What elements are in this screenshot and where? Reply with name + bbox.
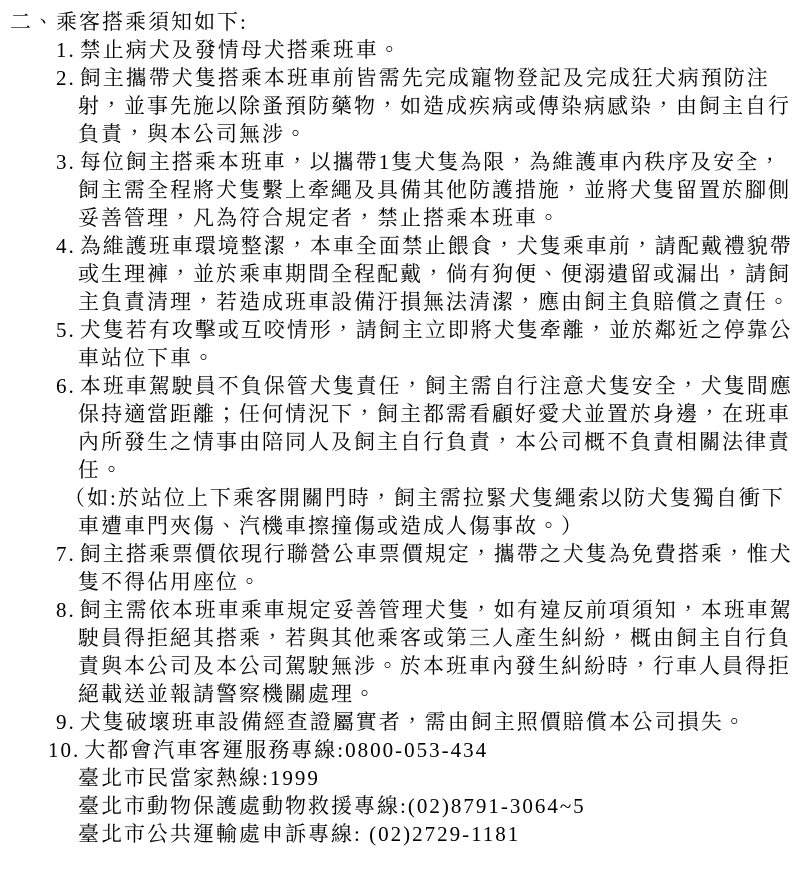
- rule-item: 8.飼主需依本班車乘車規定妥善管理犬隻，如有違反前項須知，本班車駕駛員得拒絕其搭…: [10, 596, 799, 708]
- rule-number: 5.: [56, 318, 80, 342]
- rule-number: 9.: [56, 710, 80, 734]
- hotline-line: 臺北市民當家熱線:1999: [10, 764, 799, 792]
- rule-number: 1.: [56, 38, 80, 62]
- notice-document: 二、乘客搭乘須知如下: 1.禁止病犬及發情母犬搭乘班車。2.飼主攜帶犬隻搭乘本班…: [0, 0, 811, 848]
- rule-number: 3.: [56, 150, 80, 174]
- rule-text: 飼主搭乘票價依現行聯營公車票價規定，攜帶之犬隻為免費搭乘，惟犬隻不得佔用座位。: [78, 542, 793, 594]
- rule-text: 每位飼主搭乘本班車，以攜帶1隻犬隻為限，為維護車內秩序及安全，飼主需全程將犬隻繫…: [78, 150, 791, 230]
- rule-item: 3.每位飼主搭乘本班車，以攜帶1隻犬隻為限，為維護車內秩序及安全，飼主需全程將犬…: [10, 148, 799, 232]
- rule-item: 10.大都會汽車客運服務專線:0800-053-434: [10, 736, 799, 764]
- rule-item: 9.犬隻破壞班車設備經查證屬實者，需由飼主照價賠償本公司損失。: [10, 708, 799, 736]
- document-page: { "page": { "background_color": "#ffffff…: [0, 0, 811, 873]
- rule-item: 1.禁止病犬及發情母犬搭乘班車。: [10, 36, 799, 64]
- rule-item: 6.本班車駕駛員不負保管犬隻責任，飼主需自行注意犬隻安全，犬隻間應保持適當距離；…: [10, 372, 799, 484]
- rule-text: 犬隻破壞班車設備經查證屬實者，需由飼主照價賠償本公司損失。: [80, 710, 747, 734]
- rule-item: 5.犬隻若有攻擊或互咬情形，請飼主立即將犬隻牽離，並於鄰近之停靠公車站位下車。: [10, 316, 799, 372]
- rule-text: 為維護班車環境整潔，本車全面禁止餵食，犬隻乘車前，請配戴禮貌帶或生理褲，並於乘車…: [78, 234, 793, 314]
- rule-number: 2.: [56, 66, 80, 90]
- rule-text: 犬隻若有攻擊或互咬情形，請飼主立即將犬隻牽離，並於鄰近之停靠公車站位下車。: [78, 318, 793, 370]
- rule-text: 飼主需依本班車乘車規定妥善管理犬隻，如有違反前項須知，本班車駕駛員得拒絕其搭乘，…: [78, 598, 793, 706]
- rule-number: 8.: [56, 598, 80, 622]
- rule-item: 4.為維護班車環境整潔，本車全面禁止餵食，犬隻乘車前，請配戴禮貌帶或生理褲，並於…: [10, 232, 799, 316]
- rule-note: （如:於站位上下乘客開關門時，飼主需拉緊犬隻繩索以防犬隻獨自衝下車遭車門夾傷、汽…: [10, 484, 799, 540]
- rule-text: 飼主攜帶犬隻搭乘本班車前皆需先完成寵物登記及完成狂犬病預防注射，並事先施以除蚤預…: [78, 66, 791, 146]
- rule-number: 6.: [56, 374, 80, 398]
- section-heading: 二、乘客搭乘須知如下:: [10, 8, 799, 36]
- rule-text: 禁止病犬及發情母犬搭乘班車。: [80, 38, 402, 62]
- rule-text: 本班車駕駛員不負保管犬隻責任，飼主需自行注意犬隻安全，犬隻間應保持適當距離；任何…: [78, 374, 793, 482]
- rule-text: 大都會汽車客運服務專線:0800-053-434: [84, 738, 488, 762]
- rule-item: 7.飼主搭乘票價依現行聯營公車票價規定，攜帶之犬隻為免費搭乘，惟犬隻不得佔用座位…: [10, 540, 799, 596]
- hotline-line: 臺北市公共運輸處申訴專線: (02)2729-1181: [10, 820, 799, 848]
- rule-number: 7.: [56, 542, 80, 566]
- rule-number: 10.: [48, 738, 84, 762]
- rule-number: 4.: [56, 234, 80, 258]
- rule-item: 2.飼主攜帶犬隻搭乘本班車前皆需先完成寵物登記及完成狂犬病預防注射，並事先施以除…: [10, 64, 799, 148]
- hotline-line: 臺北市動物保護處動物救援專線:(02)8791-3064~5: [10, 792, 799, 820]
- rules-list: 1.禁止病犬及發情母犬搭乘班車。2.飼主攜帶犬隻搭乘本班車前皆需先完成寵物登記及…: [10, 36, 799, 848]
